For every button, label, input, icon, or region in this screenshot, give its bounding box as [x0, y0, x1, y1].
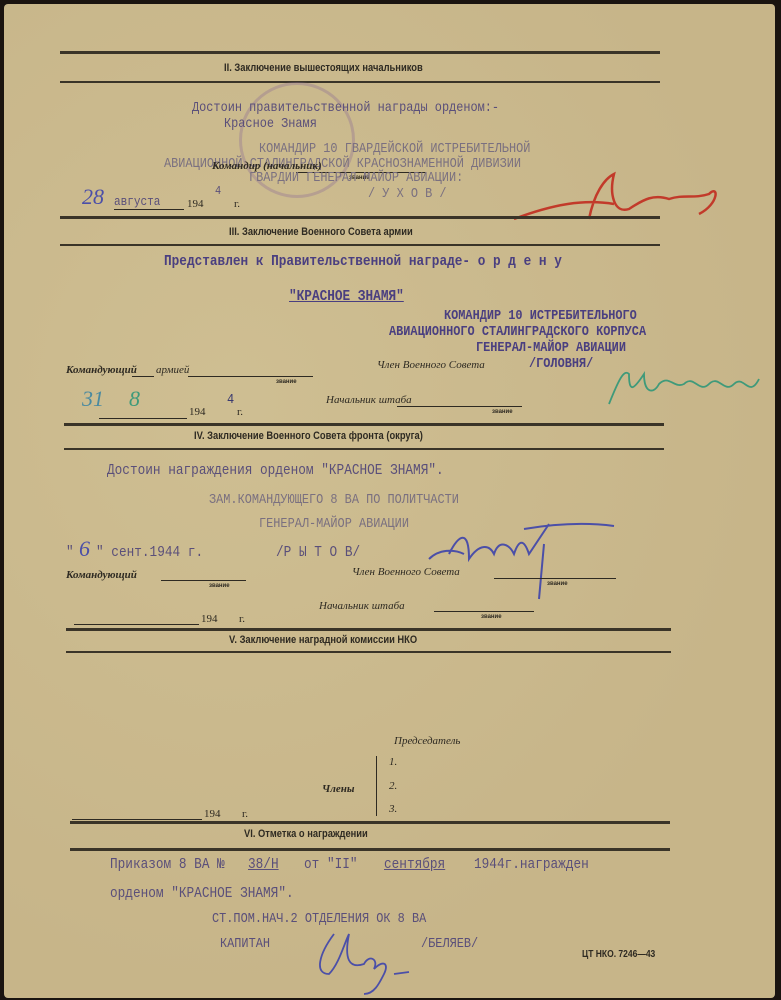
- chief-of-staff-label: Начальник штаба: [326, 394, 412, 406]
- section-2-header: II. Заключение вышестоящих начальников: [224, 62, 423, 74]
- section-6-text-part-b: от "II": [304, 856, 358, 873]
- section-3-stamp-line-4: /ГОЛОВНЯ/: [529, 356, 593, 372]
- section-2-stamp-line-1: КОМАНДИР 10 ГВАРДЕЙСКОЙ ИСТРЕБИТЕЛЬНОЙ: [259, 141, 530, 157]
- council-member-label: Член Военного Совета: [377, 359, 485, 371]
- rank-line: [188, 376, 313, 377]
- section-2-date-month: августа: [114, 194, 160, 209]
- section-4-date-open: ": [66, 544, 74, 561]
- divider: [64, 448, 664, 450]
- section-2-text-line-1: Достоин правительственной награды ордено…: [192, 100, 499, 116]
- members-brace: [376, 756, 377, 816]
- section-6-sign-rank: КАПИТАН: [220, 936, 270, 952]
- section-3-date-day: 31: [82, 386, 104, 412]
- rank-caption: звание: [276, 379, 297, 385]
- divider: [66, 651, 671, 653]
- section-6-text-line-2: орденом "КРАСНОЕ ЗНАМЯ".: [110, 885, 294, 902]
- section-4-name: /Р Ы Т О В/: [276, 544, 360, 561]
- section-6-text-part-c: 1944г.награжден: [474, 856, 589, 873]
- section-3-year-digit: 4: [227, 392, 234, 408]
- section-4-date-day: 6: [79, 536, 90, 562]
- chairman-label: Председатель: [394, 735, 460, 747]
- army-commander-label: Командующий: [66, 364, 137, 376]
- date-line: [74, 624, 199, 625]
- chief-of-staff-label: Начальник штаба: [319, 600, 405, 612]
- section-3-award-name: "КРАСНОЕ ЗНАМЯ": [289, 288, 404, 305]
- member-2-number: 2.: [389, 780, 397, 792]
- section-5-blank-year: 194: [204, 808, 221, 820]
- section-2-year-digit: 4: [215, 184, 221, 198]
- section-2-year-prefix: 194: [187, 198, 204, 210]
- section-3-text-line-1: Представлен к Правительственной награде-…: [164, 253, 562, 270]
- front-commander-label: Командующий: [66, 569, 137, 581]
- section-3-stamp-line-1: КОМАНДИР 10 ИСТРЕБИТЕЛЬНОГО: [444, 308, 637, 324]
- section-4-blank-year-suffix: г.: [239, 613, 245, 625]
- rank-line: [397, 406, 522, 407]
- date-line: [114, 209, 184, 210]
- divider: [60, 244, 660, 246]
- section-5-header: V. Заключение наградной комиссии НКО: [229, 634, 417, 646]
- section-3-year-prefix: 194: [189, 406, 206, 418]
- section-3-date-month: 8: [129, 386, 140, 412]
- member-1-number: 1.: [389, 756, 397, 768]
- divider: [66, 628, 671, 631]
- red-signature-ukhov: [494, 164, 734, 234]
- section-2-stamp-line-3: ГВАРДИИ ГЕНЕРАЛ МАЙОР АВИАЦИИ:: [249, 170, 463, 186]
- divider: [60, 81, 660, 83]
- section-4-blank-year: 194: [201, 613, 218, 625]
- date-line: [72, 819, 202, 820]
- section-2-year-suffix: г.: [234, 198, 240, 210]
- section-3-stamp-line-2: АВИАЦИОННОГО СТАЛИНГРАДСКОГО КОРПУСА: [389, 324, 646, 340]
- rank-line: [434, 611, 534, 612]
- rank-caption: звание: [481, 614, 502, 620]
- member-3-number: 3.: [389, 803, 397, 815]
- blue-signature-rytov: [414, 514, 624, 604]
- form-code: ЦТ НКО. 7246—43: [582, 949, 655, 960]
- order-number: 38/Н: [248, 856, 279, 873]
- section-4-text-line-1: Достоин награждения орденом "КРАСНОЕ ЗНА…: [107, 462, 444, 479]
- section-4-stamp-line-1: ЗАМ.КОМАНДУЮЩЕГО 8 ВА ПО ПОЛИТЧАСТИ: [209, 492, 459, 508]
- award-document-page: II. Заключение вышестоящих начальников Д…: [4, 4, 775, 998]
- line: [132, 376, 154, 377]
- rank-line: [161, 580, 246, 581]
- section-6-text-part-a: Приказом 8 ВА №: [110, 856, 225, 873]
- army-label: армией: [156, 364, 189, 376]
- divider: [60, 51, 660, 54]
- section-6-header: VI. Отметка о награждении: [244, 828, 368, 840]
- section-3-header: III. Заключение Военного Совета армии: [229, 226, 413, 238]
- section-2-stamp-line-4: / У Х О В /: [368, 186, 447, 202]
- divider: [64, 423, 664, 426]
- divider: [60, 216, 660, 219]
- section-2-date-day: 28: [82, 184, 104, 210]
- divider: [70, 821, 670, 824]
- section-4-stamp-line-2: ГЕНЕРАЛ-МАЙОР АВИАЦИИ: [259, 516, 409, 532]
- section-3-year-suffix: г.: [237, 406, 243, 418]
- order-month: сентября: [384, 856, 445, 873]
- members-label: Члены: [322, 783, 355, 795]
- green-signature-golovnya: [599, 359, 769, 419]
- section-2-text-line-2: Красное Знамя: [224, 116, 317, 132]
- date-line: [99, 418, 187, 419]
- section-5-blank-year-suffix: г.: [242, 808, 248, 820]
- rank-caption: звание: [492, 409, 513, 415]
- rank-line: [494, 578, 616, 579]
- council-member-label: Член Военного Совета: [352, 566, 460, 578]
- rank-caption: звание: [209, 583, 230, 589]
- rank-caption: звание: [547, 581, 568, 587]
- blue-signature-belyaev: [309, 924, 419, 999]
- section-6-sign-name: /БЕЛЯЕВ/: [421, 936, 478, 952]
- section-4-header: IV. Заключение Военного Совета фронта (о…: [194, 430, 423, 442]
- divider: [70, 848, 670, 851]
- section-3-stamp-line-3: ГЕНЕРАЛ-МАЙОР АВИАЦИИ: [476, 340, 626, 356]
- section-4-date-rest: " сент.1944 г.: [96, 544, 203, 561]
